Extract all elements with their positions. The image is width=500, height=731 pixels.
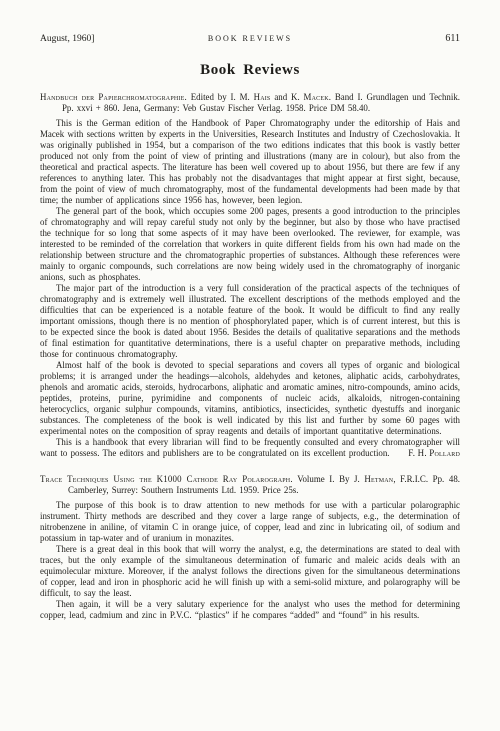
book-citation: Trace Techniques Using the K1000 Cathode… (40, 474, 460, 496)
review-paragraph: The purpose of this book is to draw atte… (40, 500, 460, 544)
review-paragraph: Then again, it will be a very salutary e… (40, 599, 460, 621)
review-paragraph: The major part of the introduction is a … (40, 283, 460, 360)
review-handbuch-papierchromatographie: Handbuch der Papierchromatographie. Edit… (40, 92, 460, 459)
review-trace-techniques: Trace Techniques Using the K1000 Cathode… (40, 474, 460, 621)
journal-page: August, 1960] BOOK REVIEWS 611 Book Revi… (0, 0, 500, 731)
running-head-date: August, 1960] (40, 34, 208, 45)
running-head: August, 1960] BOOK REVIEWS 611 (40, 33, 460, 45)
reviewer-name: F. H. Pollard (408, 448, 460, 458)
review-paragraph: This is the German edition of the Handbo… (40, 118, 460, 206)
book-citation: Handbuch der Papierchromatographie. Edit… (40, 92, 460, 114)
review-paragraph: Almost half of the book is devoted to sp… (40, 360, 460, 437)
running-head-section: BOOK REVIEWS (208, 33, 292, 44)
review-paragraph: There is a great deal in this book that … (40, 544, 460, 599)
page-title: Book Reviews (40, 62, 460, 79)
review-paragraph: The general part of the book, which occu… (40, 206, 460, 283)
running-head-page-number: 611 (292, 33, 460, 44)
